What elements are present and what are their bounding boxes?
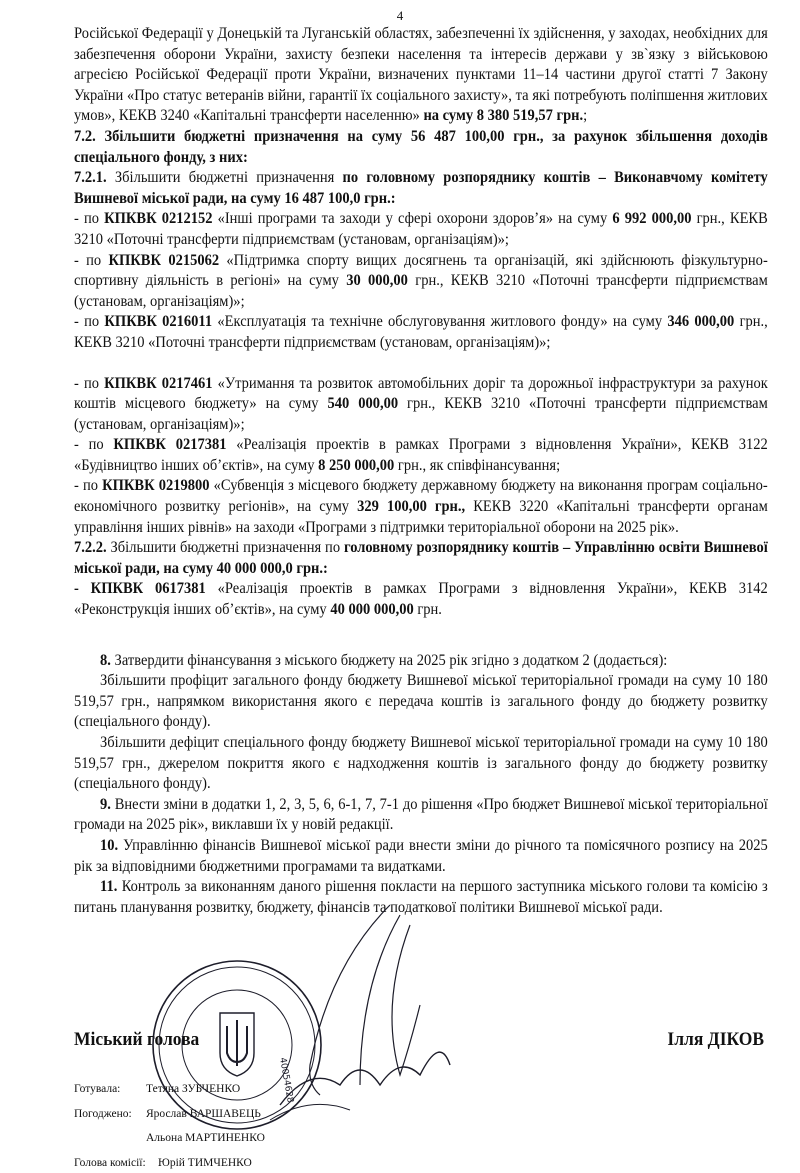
section-11: 11. Контроль за виконанням даного рішенн… xyxy=(74,877,768,918)
page-number: 4 xyxy=(0,8,800,24)
svg-text:40054628: 40054628 xyxy=(277,1057,295,1104)
document-body: Російської Федерації у Донецькій та Луга… xyxy=(74,24,768,918)
approval-row: Готувала:Тетяна ЗУБЧЕНКО xyxy=(74,1077,265,1102)
paragraph-continuation: Російської Федерації у Донецькій та Луга… xyxy=(74,24,768,127)
list-item: - по КПКВК 0217381 «Реалізація проектів … xyxy=(74,435,768,476)
approval-row: Погоджено:Ярослав ВАРШАВЕЦЬ xyxy=(74,1102,265,1127)
list-item: - по КПКВК 0217461 «Утримання та розвито… xyxy=(74,374,768,436)
mayor-title: Міський голова xyxy=(74,1029,199,1051)
section-9: 9. Внести зміни в додатки 1, 2, 3, 5, 6,… xyxy=(74,795,768,836)
section-8: 8. Затвердити фінансування з міського бю… xyxy=(74,651,768,672)
mayor-name: Ілля ДІКОВ xyxy=(667,1029,764,1051)
section-8-profit: Збільшити профіцит загального фонду бюдж… xyxy=(74,671,768,733)
list-item: - по КПКВК 0212152 «Інші програми та зах… xyxy=(74,209,768,250)
signature-block: Міський голова Ілля ДІКОВ xyxy=(74,1029,764,1051)
section-8-deficit: Збільшити дефіцит спеціального фонду бюд… xyxy=(74,733,768,795)
approvals-list: Готувала:Тетяна ЗУБЧЕНКО Погоджено:Яросл… xyxy=(74,1077,265,1173)
list-item: - КПКВК 0617381 «Реалізація проектів в р… xyxy=(74,579,768,620)
section-10: 10. Управлінню фінансів Вишневої міської… xyxy=(74,836,768,877)
section-7-2-1: 7.2.1. Збільшити бюджетні призначення по… xyxy=(74,168,768,209)
section-7-2-2: 7.2.2. Збільшити бюджетні призначення по… xyxy=(74,538,768,579)
items-7-2-1: - по КПКВК 0212152 «Інші програми та зах… xyxy=(74,209,768,538)
list-item: - по КПКВК 0215062 «Підтримка спорту вищ… xyxy=(74,251,768,313)
approval-row: Голова комісії:Юрій ТИМЧЕНКО xyxy=(74,1151,265,1173)
approval-row: Альона МАРТИНЕНКО xyxy=(74,1126,265,1151)
section-7-2: 7.2. Збільшити бюджетні призначення на с… xyxy=(74,127,768,168)
list-item: - по КПКВК 0219800 «Субвенція з місцевог… xyxy=(74,476,768,538)
signature-scribble-icon xyxy=(250,885,500,1125)
list-item: - по КПКВК 0216011 «Експлуатація та техн… xyxy=(74,312,768,353)
